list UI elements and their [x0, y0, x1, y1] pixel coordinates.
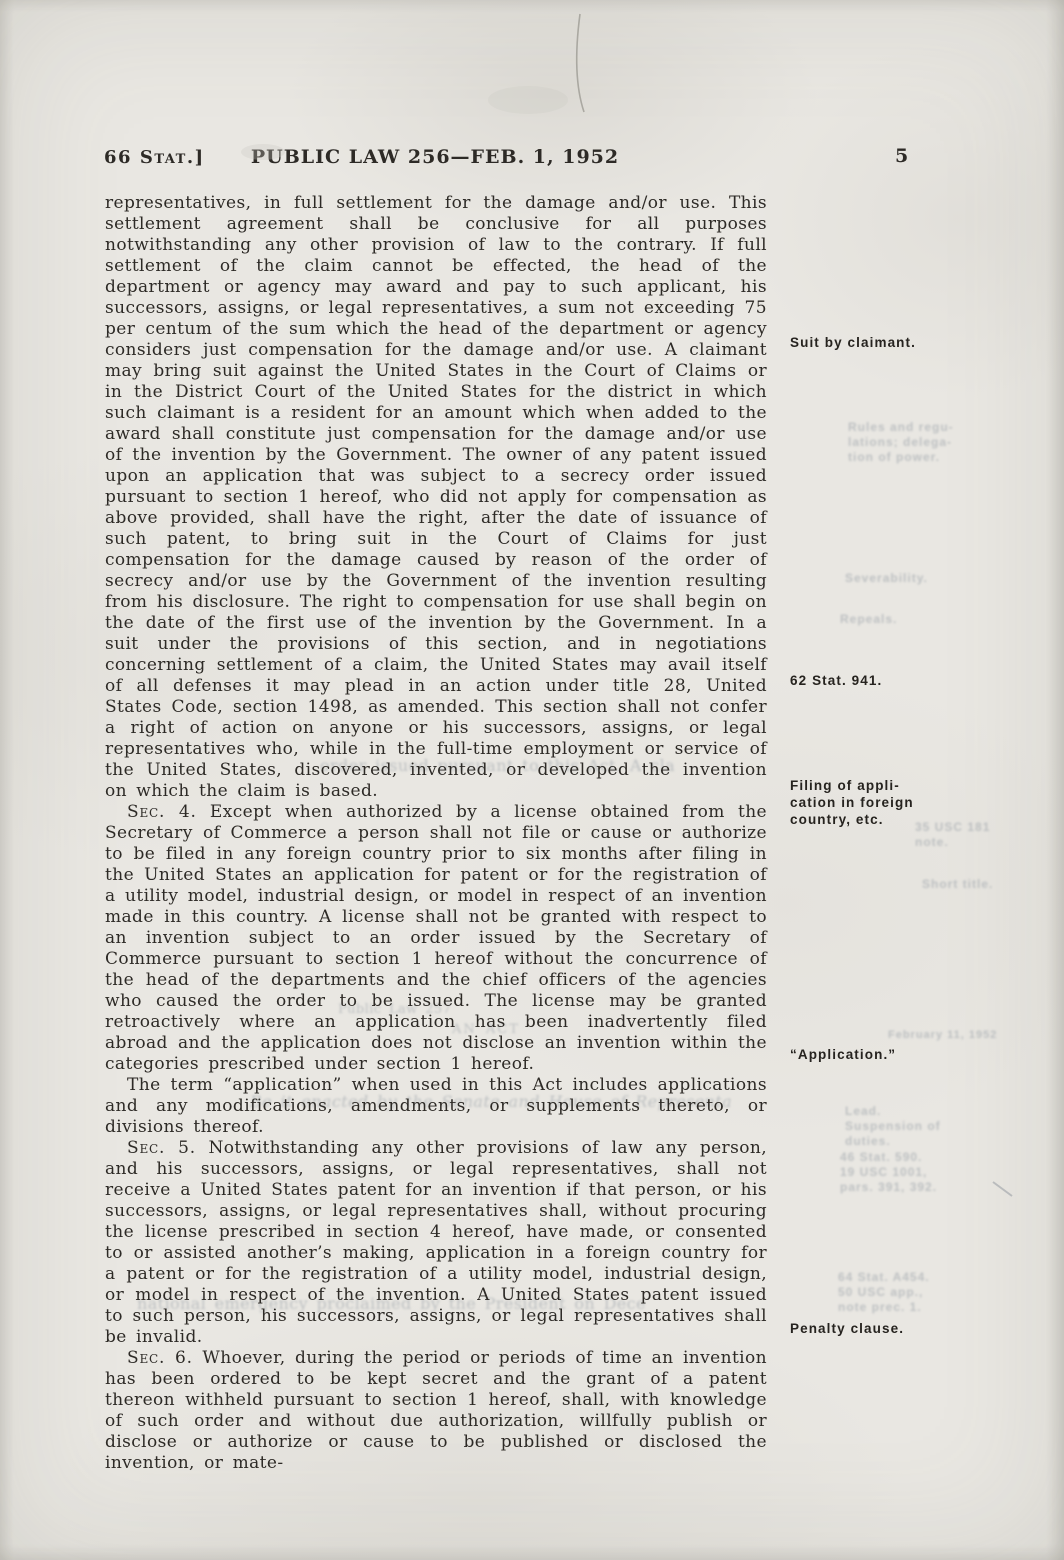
- ghost-margin-note: Severability.: [845, 571, 995, 586]
- statute-body: representatives, in full settlement for …: [105, 193, 767, 1474]
- paragraph-text: representatives, in full settlement for …: [105, 193, 767, 801]
- statute-page: 66 Stat.] PUBLIC LAW 256—FEB. 1, 1952 5 …: [0, 0, 1064, 1560]
- smudge-artifact: [488, 86, 568, 114]
- margin-note-filing-foreign: Filing of appli- cation in foreign count…: [790, 777, 990, 828]
- ghost-margin-note: Repeals.: [840, 612, 990, 627]
- paragraph-sec4: Sec. 4. Except when authorized by a lice…: [105, 802, 767, 1075]
- section-lead: Sec. 6.: [127, 1348, 193, 1368]
- ghost-margin-note: Lead. Suspension of duties.: [845, 1104, 995, 1149]
- margin-note-application: “Application.”: [790, 1046, 990, 1063]
- paragraph-sec6: Sec. 6. Whoever, during the period or pe…: [105, 1348, 767, 1474]
- paragraph-sec3-continuation: representatives, in full settlement for …: [105, 193, 767, 802]
- margin-note-penalty-clause: Penalty clause.: [790, 1320, 990, 1337]
- paragraph-sec5: Sec. 5. Notwithstanding any other provis…: [105, 1138, 767, 1348]
- ghost-margin-note: February 11, 1952: [888, 1028, 1048, 1043]
- paragraph-text: Notwithstanding any other provisions of …: [105, 1138, 767, 1347]
- page-number: 5: [895, 145, 908, 167]
- paragraph-text: Whoever, during the period or periods of…: [105, 1348, 767, 1473]
- ghost-margin-note: Short title.: [922, 877, 1052, 892]
- ghost-margin-note: Rules and regu- lations; delega- tion of…: [848, 420, 998, 465]
- page-title: PUBLIC LAW 256—FEB. 1, 1952: [251, 146, 619, 168]
- ghost-margin-note: 64 Stat. A454. 50 USC app., note prec. 1…: [838, 1270, 988, 1315]
- paragraph-application-term: The term “application” when used in this…: [105, 1075, 767, 1138]
- paragraph-text: Except when authorized by a license obta…: [105, 802, 767, 1074]
- paragraph-text: The term “application” when used in this…: [105, 1075, 767, 1137]
- volume-stat-label: 66 Stat.]: [104, 147, 205, 168]
- section-lead: Sec. 5.: [127, 1138, 196, 1158]
- diagonal-tick-artifact: [993, 1182, 1012, 1196]
- ghost-margin-note: 46 Stat. 590. 19 USC 1001, pars. 391, 39…: [840, 1150, 990, 1195]
- margin-note-62-stat-941: 62 Stat. 941.: [790, 672, 990, 689]
- scratch-line-artifact: [577, 14, 584, 112]
- section-lead: Sec. 4.: [127, 802, 197, 822]
- margin-note-suit-by-claimant: Suit by claimant.: [790, 334, 990, 351]
